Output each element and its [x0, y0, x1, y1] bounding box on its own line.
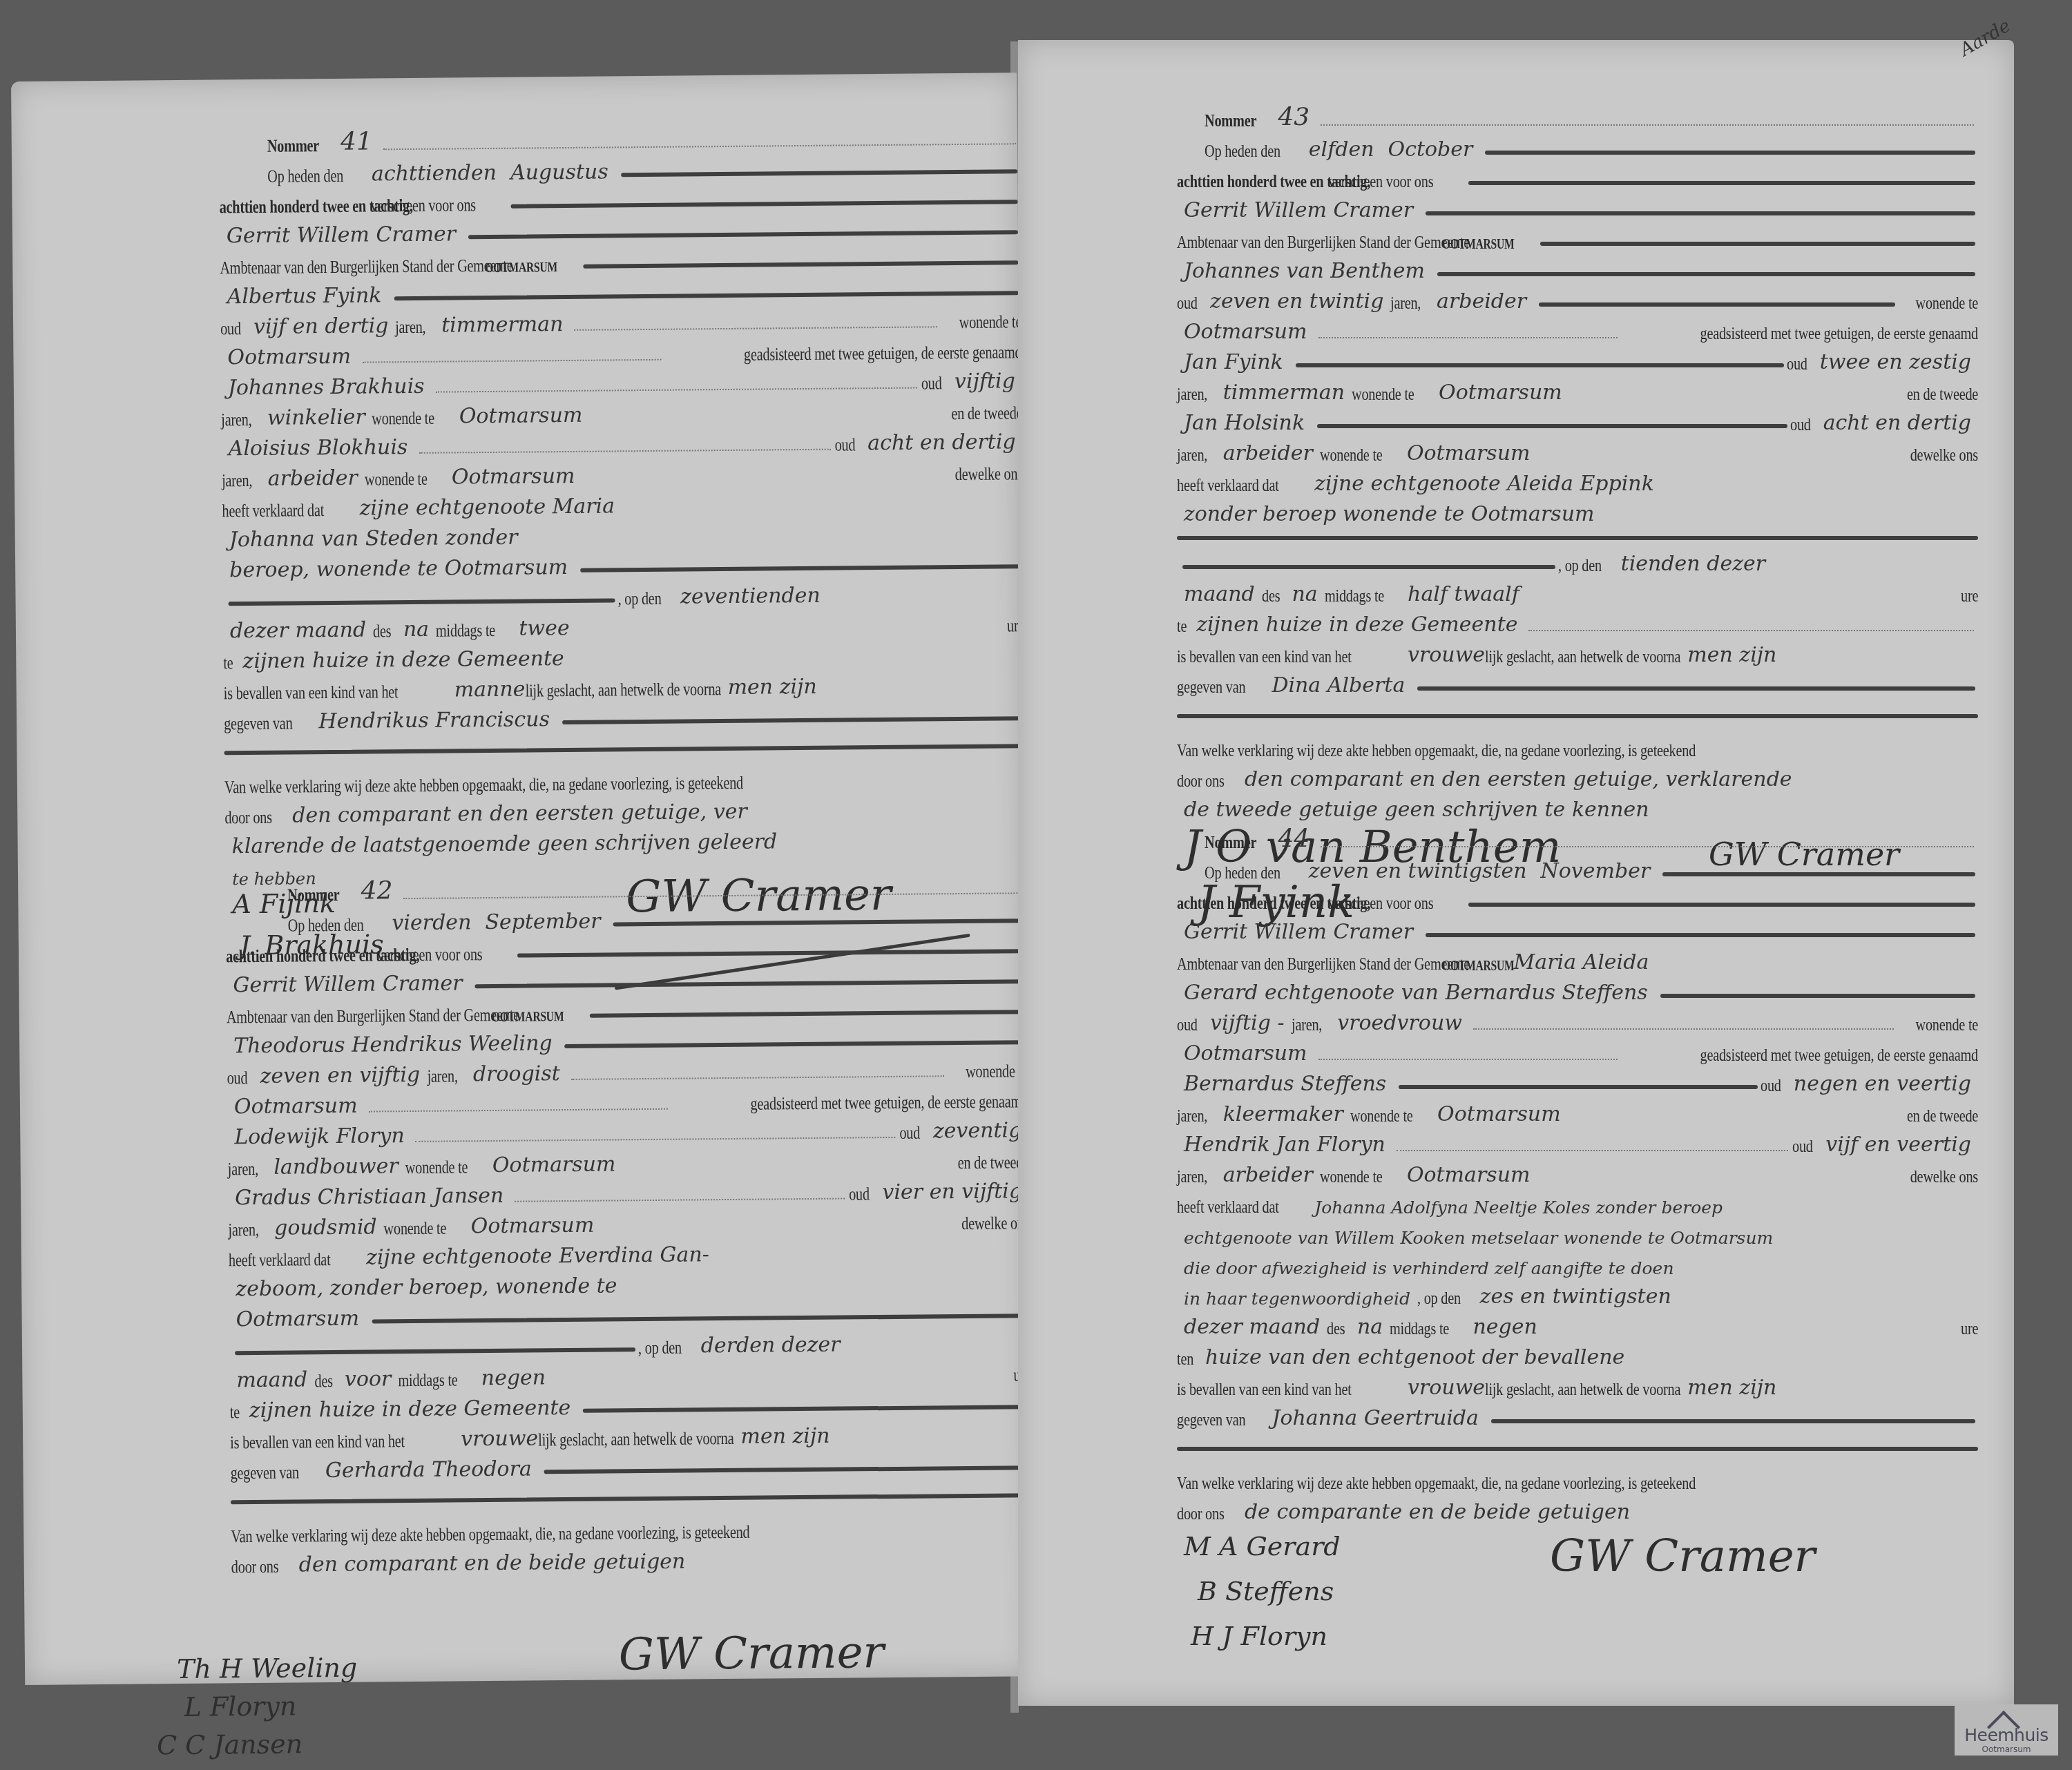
record-number: 44	[1271, 825, 1316, 853]
birth-month: dezer maand	[223, 617, 373, 643]
statement-line: zijne echtgenoote Maria	[352, 494, 622, 520]
wonende-te-label: wonende te	[372, 408, 435, 430]
signed-by: de comparante en de beide getuigen	[1238, 1500, 1637, 1524]
rule	[1662, 872, 1975, 876]
statement-line: in haar tegenwoordigheid	[1177, 1289, 1417, 1309]
ambtenaar-label: Ambtenaar van den Burgerlijken Stand der…	[227, 1005, 519, 1028]
date-day: zeven en twintigsten	[1302, 859, 1534, 883]
ure-label: ure	[1961, 1318, 1978, 1339]
child-names: Johanna Geertruida	[1265, 1406, 1486, 1430]
oud-label: oud	[1177, 293, 1198, 314]
dotted-line	[416, 1137, 896, 1142]
te-label: te	[1177, 616, 1187, 637]
birth-month: dezer maand	[1177, 1315, 1327, 1339]
dotted-line	[404, 892, 1023, 899]
child-sex: manne	[448, 677, 533, 702]
witness1-residence: Ootmarsum	[486, 1152, 623, 1177]
en-de-tweede-label: en de tweede	[1907, 1106, 1978, 1126]
rule	[562, 716, 1022, 724]
witness1-occupation: landbouwer	[267, 1154, 405, 1180]
archive-watermark: Heemhuis Ootmarsum	[1955, 1704, 2058, 1755]
middags-te-label: middags te	[436, 620, 495, 642]
witness2-age: vijf en veertig	[1819, 1133, 1978, 1157]
witness2-residence: Ootmarsum	[445, 464, 582, 490]
witness2-occupation: arbeider	[1216, 441, 1320, 465]
dotted-line	[1397, 1150, 1788, 1151]
rule	[1468, 181, 1975, 185]
oud-label: oud	[900, 1123, 921, 1144]
wonende-te-label: wonende te	[959, 311, 1021, 333]
voornamen-suffix: men zijn	[1680, 1376, 1783, 1400]
wonende-te-label: wonende te	[405, 1157, 468, 1178]
dotted-line	[571, 1075, 944, 1080]
left-page: Nommer 41 Op heden den achttienden Augus…	[11, 73, 1030, 1685]
lijk-geslacht-label: lijk geslacht, aan hetwelk de voorna	[538, 1428, 734, 1450]
statement-line: Ootmarsum	[229, 1307, 367, 1332]
rule	[468, 230, 1018, 239]
oud-label: oud	[921, 373, 942, 394]
rule	[544, 1465, 1029, 1474]
date-day: elfden	[1302, 137, 1381, 162]
declarant-residence: Ootmarsum	[227, 1094, 365, 1119]
rule	[1177, 714, 1978, 718]
birth-hour: half twaalf	[1401, 582, 1526, 606]
date-day: achttienden	[365, 161, 503, 186]
statement-line: Johanna van Steden zonder	[222, 526, 525, 552]
signed-by: den comparant en den eersten getuige, ve…	[1238, 767, 1799, 791]
dotted-line	[515, 1198, 845, 1202]
is-bevallen-label: is bevallen van een kind van het	[224, 682, 399, 704]
right-page: Nommer 43 Op heden den elfden October ac…	[1018, 40, 2014, 1706]
rule	[1426, 933, 1975, 937]
witness1-age: negen en veertig	[1787, 1072, 1978, 1096]
rule	[1426, 211, 1975, 215]
is-bevallen-label: is bevallen van een kind van het	[1177, 1379, 1352, 1400]
date-day: vierden	[385, 910, 478, 935]
official-signature: GW Cramer	[1550, 1531, 1815, 1582]
rule	[583, 1405, 1028, 1413]
birth-hour: negen	[1466, 1315, 1544, 1339]
rule	[1399, 1085, 1758, 1089]
dotted-line	[1473, 1028, 1894, 1030]
ambtenaar-label: Ambtenaar van den Burgerlijken Stand der…	[220, 256, 512, 279]
dewelke-ons-label: dewelke ons	[1910, 1166, 1978, 1187]
rule	[1177, 536, 1978, 540]
verscheen-label: verscheen voor ons	[1328, 171, 1433, 192]
dotted-line	[436, 387, 917, 393]
municipality: OOTMARSUM	[1442, 237, 1514, 253]
witness1-occupation: kleermaker	[1216, 1102, 1350, 1126]
witness1-occupation: winkelier	[260, 405, 372, 430]
door-ons-label: door ons	[1177, 771, 1225, 791]
rule	[583, 260, 1018, 269]
heeft-verklaard-label: heeft verklaard dat	[1177, 1197, 1279, 1218]
rule	[1296, 363, 1784, 367]
birth-month: maand	[1177, 582, 1262, 606]
wonende-te-label: wonende te	[1915, 1014, 1978, 1035]
birth-ampm: voor	[338, 1367, 399, 1392]
witness1-age: twee en zestig	[1813, 350, 1978, 374]
des-label: des	[373, 621, 392, 642]
is-bevallen-label: is bevallen van een kind van het	[1177, 646, 1352, 667]
op-heden-label: Op heden den	[267, 166, 343, 187]
statement-line: zijne echtgenoote Everdina Gan-	[359, 1242, 716, 1270]
op-den-label: , op den	[638, 1338, 682, 1359]
declarant-occupation: arbeider	[1430, 289, 1533, 314]
statement-line: zonder beroep wonende te Ootmarsum	[1177, 502, 1601, 526]
rule	[1177, 1447, 1978, 1451]
rule	[235, 1347, 635, 1355]
jaren-label: jaren,	[1390, 293, 1421, 314]
witness2-residence: Ootmarsum	[1400, 1163, 1537, 1187]
ten-label: ten	[1177, 1349, 1193, 1369]
signature: M A Gerard	[1184, 1531, 1341, 1561]
door-ons-label: door ons	[1177, 1503, 1225, 1524]
record-41: Nommer 41 Op heden den achttienden Augus…	[219, 114, 1028, 992]
dotted-line	[1318, 337, 1618, 338]
rule	[511, 200, 1018, 208]
nommer-label: Nommer	[1205, 832, 1256, 853]
te-label: te	[223, 653, 233, 673]
rule	[589, 1010, 1024, 1018]
declarant-occupation: droogist	[466, 1061, 567, 1086]
op-den-label: , op den	[1417, 1288, 1461, 1309]
witness2-age: acht en dertig	[1816, 411, 1978, 435]
birth-hour: twee	[512, 616, 577, 641]
record-number: 41	[334, 127, 379, 156]
witness1-age: vijftig	[948, 369, 1022, 394]
oud-label: oud	[1177, 1014, 1198, 1035]
date-month: Augustus	[503, 160, 615, 184]
lijk-geslacht-label: lijk geslacht, aan hetwelk de voorna	[1485, 646, 1680, 667]
witness1-residence: Ootmarsum	[452, 403, 590, 429]
rule	[1539, 302, 1895, 307]
door-ons-label: door ons	[224, 807, 272, 829]
op-den-label: , op den	[1558, 555, 1602, 576]
declarant-first-names: Maria Aleida	[1507, 950, 1656, 974]
statement-line: zijne echtgenoote Aleida Eppink	[1307, 472, 1661, 496]
child-sex: vrouwe	[1401, 1376, 1492, 1400]
child-sex: vrouwe	[1401, 643, 1492, 667]
witness1-name: Lodewijk Floryn	[227, 1124, 412, 1149]
watermark-subtitle: Ootmarsum	[1955, 1744, 2058, 1754]
rule	[565, 1040, 1026, 1048]
birth-ampm: na	[396, 617, 437, 642]
declarant-age: vijftig -	[1203, 1011, 1291, 1035]
voornamen-suffix: men zijn	[733, 1424, 836, 1449]
declarant-residence: Ootmarsum	[1177, 1041, 1314, 1066]
geadsisteerd-label: geadsisteerd met twee getuigen, de eerst…	[750, 1091, 1028, 1115]
dotted-line	[1528, 630, 1974, 631]
gegeven-van-label: gegeven van	[224, 713, 293, 734]
birth-place: zijnen huize in deze Gemeente	[236, 646, 571, 673]
rule	[580, 564, 1021, 573]
record-number: 42	[354, 876, 399, 905]
witness2-occupation: arbeider	[261, 466, 365, 491]
verscheen-label: verscheen voor ons	[1328, 893, 1433, 914]
wonende-te-label: wonende te	[383, 1218, 446, 1240]
rule	[394, 291, 1018, 300]
jaren-label: jaren,	[1177, 1106, 1207, 1126]
statement-line: zeboom, zonder beroep, wonende te	[229, 1273, 624, 1301]
signed-by: den comparant en den eersten getuige, ve…	[285, 800, 754, 828]
municipality: OOTMARSUM	[491, 1009, 564, 1026]
middags-te-label: middags te	[1325, 586, 1384, 606]
official-name: Gerrit Willem Cramer	[1177, 920, 1420, 944]
signature: Th H Weeling	[177, 1653, 358, 1684]
signature: B Steffens	[1198, 1576, 1334, 1606]
declarant-age: vijf en dertig	[247, 314, 396, 339]
rule	[1317, 424, 1787, 428]
municipality: OOTMARSUM	[1442, 959, 1514, 974]
watermark-title: Heemhuis	[1955, 1725, 2058, 1745]
jaren-label: jaren,	[1177, 445, 1207, 465]
statement-line: echtgenoote van Willem Kooken metselaar …	[1177, 1228, 1780, 1248]
declarant-name: Theodorus Hendrikus Weeling	[227, 1031, 559, 1058]
rule	[1437, 272, 1975, 276]
en-de-tweede-label: en de tweede	[1907, 384, 1978, 405]
official-name: Gerrit Willem Cramer	[226, 971, 469, 997]
wonende-te-label: wonende te	[365, 469, 428, 490]
child-names: Hendrikus Franciscus	[311, 707, 557, 733]
birth-hour: negen	[474, 1365, 553, 1390]
oud-label: oud	[1792, 1136, 1813, 1157]
dotted-line	[574, 326, 937, 331]
voornamen-suffix: men zijn	[1680, 643, 1783, 667]
child-names: Dina Alberta	[1265, 673, 1412, 698]
witness2-name: Gradus Christiaan Jansen	[228, 1184, 511, 1211]
signature: H J Floryn	[1191, 1621, 1327, 1651]
nommer-label: Nommer	[287, 885, 339, 906]
dotted-line	[1321, 124, 1974, 126]
des-label: des	[1262, 586, 1280, 606]
wonende-te-label: wonende te	[1352, 384, 1414, 405]
des-label: des	[314, 1371, 333, 1392]
rule	[1491, 1419, 1975, 1423]
birth-place: huize van den echtgenoot der bevallene	[1198, 1345, 1631, 1369]
van-welke-label: Van welke verklaring wij deze akte hebbe…	[1177, 1473, 1696, 1494]
oud-label: oud	[1761, 1075, 1781, 1096]
dewelke-ons-label: dewelke ons	[955, 463, 1024, 485]
statement-line: beroep, wonende te Ootmarsum	[222, 555, 575, 582]
nommer-label: Nommer	[267, 135, 319, 157]
gegeven-van-label: gegeven van	[1177, 1410, 1245, 1430]
heeft-verklaard-label: heeft verklaard dat	[222, 500, 324, 521]
witness2-age: acht en dertig	[861, 430, 1023, 455]
verscheen-label: verscheen voor ons	[377, 944, 483, 965]
ambtenaar-label: Ambtenaar van den Burgerlijken Stand der…	[1177, 232, 1470, 253]
municipality: OOTMARSUM	[485, 260, 557, 276]
witness2-age: vier en vijftig	[875, 1179, 1029, 1204]
declarant-age: zeven en vijftig	[253, 1063, 428, 1088]
witness2-residence: Ootmarsum	[1400, 441, 1537, 465]
rule	[1417, 686, 1975, 691]
declarant-residence: Ootmarsum	[220, 345, 358, 370]
birth-place: zijnen huize in deze Gemeente	[242, 1396, 578, 1423]
date-month: October	[1381, 137, 1480, 162]
oud-label: oud	[1790, 414, 1811, 435]
rule	[1468, 903, 1975, 907]
oud-label: oud	[849, 1184, 870, 1204]
dotted-line	[369, 1108, 669, 1113]
dotted-line	[383, 143, 1016, 150]
record-42: Nommer 42 Op heden den vierden September…	[225, 863, 1034, 1757]
oud-label: oud	[834, 434, 855, 455]
jaren-label: jaren,	[221, 410, 251, 430]
child-sex: vrouwe	[454, 1426, 545, 1451]
rule	[613, 918, 1024, 926]
lijk-geslacht-label: lijk geslacht, aan hetwelk de voorna	[1485, 1379, 1680, 1400]
des-label: des	[1327, 1318, 1345, 1339]
wonende-te-label: wonende te	[1320, 445, 1383, 465]
ure-label: ure	[1961, 586, 1978, 606]
date-month: November	[1534, 859, 1658, 883]
witness2-residence: Ootmarsum	[464, 1213, 602, 1239]
witness1-name: Johannes Brakhuis	[221, 374, 432, 401]
oud-label: oud	[220, 318, 241, 339]
rule	[1660, 994, 1975, 998]
heeft-verklaard-label: heeft verklaard dat	[229, 1249, 331, 1271]
witness1-age: zeventig	[926, 1118, 1029, 1143]
geadsisteerd-label: geadsisteerd met twee getuigen, de eerst…	[1700, 323, 1978, 344]
rule	[517, 949, 1024, 957]
lijk-geslacht-label: lijk geslacht, aan hetwelk de voorna	[525, 679, 721, 701]
gegeven-van-label: gegeven van	[1177, 677, 1245, 698]
birth-day: derden dezer	[694, 1333, 847, 1358]
witness2-occupation: goudsmid	[267, 1215, 384, 1240]
dotted-line	[1318, 1059, 1618, 1060]
geadsisteerd-label: geadsisteerd met twee getuigen, de eerst…	[744, 342, 1022, 365]
declarant-occupation: vroedvrouw	[1330, 1011, 1469, 1035]
declarant-residence: Ootmarsum	[1177, 320, 1314, 344]
rule	[1485, 151, 1975, 155]
jaren-label: jaren,	[228, 1159, 258, 1180]
witness1-residence: Ootmarsum	[1430, 1102, 1568, 1126]
is-bevallen-label: is bevallen van een kind van het	[230, 1431, 405, 1453]
middags-te-label: middags te	[398, 1369, 457, 1391]
op-den-label: , op den	[617, 588, 661, 610]
van-welke-label: Van welke verklaring wij deze akte hebbe…	[1177, 740, 1696, 761]
signed-by: den comparant en de beide getuigen	[291, 1549, 692, 1577]
heeft-verklaard-label: heeft verklaard dat	[1177, 475, 1279, 496]
rule	[231, 1493, 1032, 1504]
oud-label: oud	[227, 1068, 247, 1088]
op-heden-label: Op heden den	[1205, 141, 1280, 162]
child-names: Gerharda Theodora	[318, 1456, 539, 1483]
voornamen-suffix: men zijn	[720, 675, 823, 700]
oud-label: oud	[1787, 354, 1807, 374]
witness2-name: Aloisius Blokhuis	[222, 435, 415, 461]
record-44: Nommer 44 Op heden den zeven en twintigs…	[1177, 817, 1978, 1690]
jaren-label: jaren,	[427, 1066, 457, 1086]
dotted-line	[362, 359, 662, 363]
geadsisteerd-label: geadsisteerd met twee getuigen, de eerst…	[1700, 1045, 1978, 1066]
witness1-residence: Ootmarsum	[1432, 381, 1569, 405]
gegeven-van-label: gegeven van	[230, 1462, 299, 1483]
wonende-te-label: wonende te	[1320, 1166, 1383, 1187]
official-name: Gerrit Willem Cramer	[1177, 198, 1420, 222]
witness1-name: Bernardus Steffens	[1177, 1072, 1393, 1096]
jaren-label: jaren,	[1177, 384, 1207, 405]
witness2-occupation: arbeider	[1216, 1163, 1320, 1187]
declarant-name: Johannes van Benthem	[1177, 259, 1432, 283]
witness2-name: Hendrik Jan Floryn	[1177, 1133, 1392, 1157]
date-month: September	[478, 910, 607, 935]
te-label: te	[230, 1402, 240, 1423]
dotted-line	[1321, 846, 1974, 847]
birth-day: zes en twintigsten	[1473, 1285, 1678, 1309]
official-signature: GW Cramer	[619, 1627, 885, 1680]
dotted-line	[419, 449, 830, 454]
birth-place: zijnen huize in deze Gemeente	[1189, 613, 1524, 637]
op-heden-label: Op heden den	[1205, 863, 1280, 883]
dewelke-ons-label: dewelke ons	[1910, 445, 1978, 465]
nommer-label: Nommer	[1205, 110, 1256, 131]
signature: C C Jansen	[157, 1729, 303, 1760]
witness1-name: Jan Fyink	[1177, 350, 1290, 374]
middags-te-label: middags te	[1390, 1318, 1449, 1339]
signature: L Floryn	[184, 1691, 296, 1722]
statement-line: Johanna Adolfyna Neeltje Koles zonder be…	[1307, 1197, 1729, 1218]
declarant-name: Albertus Fyink	[220, 283, 389, 309]
jaren-label: jaren,	[222, 470, 252, 491]
jaren-label: jaren,	[228, 1220, 258, 1240]
statement-line: die door afwezigheid is verhinderd zelf …	[1177, 1258, 1681, 1278]
rule	[621, 169, 1017, 177]
declarant-age: zeven en twintig	[1203, 289, 1390, 314]
op-heden-label: Op heden den	[288, 915, 364, 936]
rule	[1182, 565, 1555, 569]
birth-day: tienden dezer	[1614, 552, 1772, 576]
jaren-label: jaren,	[1177, 1166, 1207, 1187]
rule	[224, 744, 1025, 755]
ambtenaar-label: Ambtenaar van den Burgerlijken Stand der…	[1177, 954, 1470, 974]
declarant-name: Gerard echtgenoote van Bernardus Steffen…	[1177, 981, 1655, 1005]
birth-ampm: na	[1350, 1315, 1390, 1339]
witness2-name: Jan Holsink	[1177, 411, 1312, 435]
rule	[1540, 242, 1975, 246]
verscheen-label: verscheen voor ons	[371, 195, 477, 216]
official-name: Gerrit Willem Cramer	[220, 222, 463, 248]
wonende-te-label: wonende te	[1915, 293, 1978, 314]
birth-day: zeventienden	[673, 584, 827, 609]
witness1-occupation: timmerman	[1216, 381, 1352, 405]
en-de-tweede-label: en de tweede	[951, 403, 1022, 424]
jaren-label: jaren,	[395, 317, 425, 338]
rule	[372, 1314, 1027, 1323]
birth-ampm: na	[1285, 582, 1325, 606]
record-number: 43	[1271, 103, 1316, 131]
declarant-occupation: timmerman	[434, 312, 570, 338]
door-ons-label: door ons	[231, 1557, 279, 1578]
rule	[229, 598, 615, 606]
rule	[475, 979, 1025, 988]
birth-month: maand	[229, 1367, 314, 1392]
jaren-label: jaren,	[1292, 1014, 1322, 1035]
wonende-te-label: wonende te	[1350, 1106, 1413, 1126]
